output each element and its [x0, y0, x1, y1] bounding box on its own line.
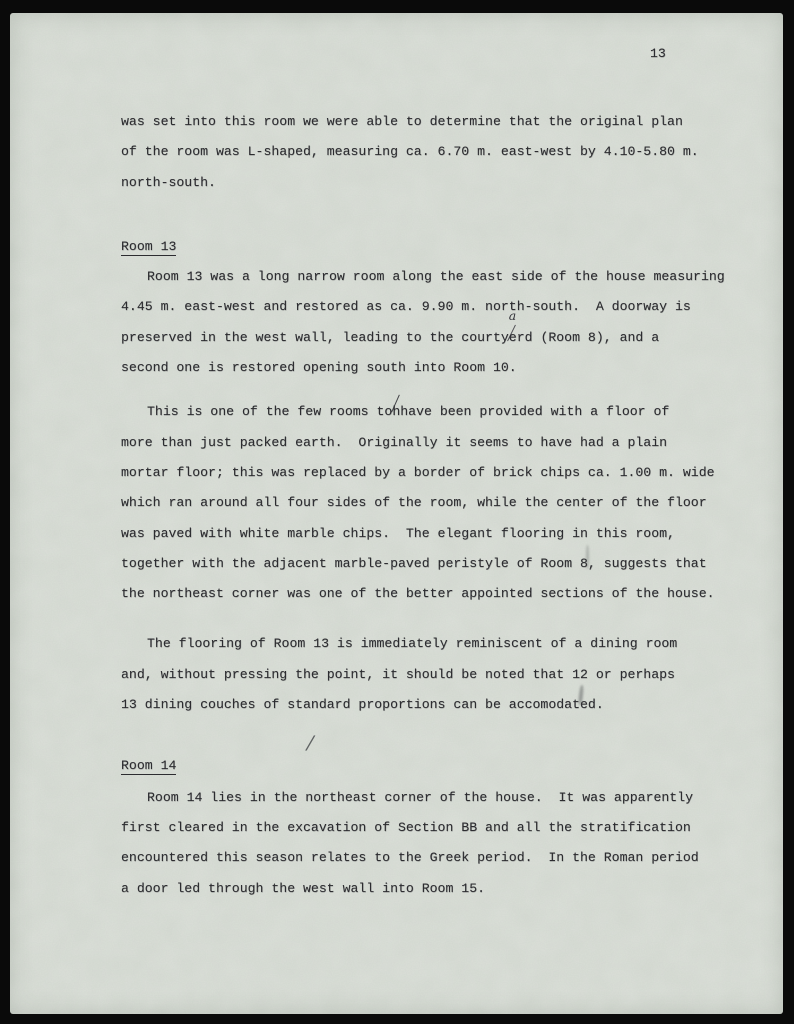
- handwritten-letter: a: [509, 310, 516, 322]
- text-line: Room 13 was a long narrow room along the…: [121, 262, 783, 292]
- text-line: encountered this season relates to the G…: [121, 843, 783, 873]
- paragraph-room-14-description: Room 14 lies in the northeast corner of …: [121, 783, 783, 904]
- text-line: second one is restored opening south int…: [121, 353, 783, 383]
- smudge-mark: [586, 545, 589, 569]
- text-line: which ran around all four sides of the r…: [121, 488, 783, 518]
- paragraph-room-13-dining: The flooring of Room 13 is immediately r…: [121, 629, 783, 720]
- stray-pen-mark: /: [306, 732, 314, 754]
- text-line: and, without pressing the point, it shou…: [121, 660, 783, 690]
- text-line: first cleared in the excavation of Secti…: [121, 813, 783, 843]
- text-line: more than just packed earth. Originally …: [121, 428, 783, 458]
- section-heading-room-14: Room 14: [121, 751, 783, 781]
- text-line: the northeast corner was one of the bett…: [121, 579, 783, 609]
- text-line: 4.45 m. east-west and restored as ca. 9.…: [121, 292, 783, 322]
- handwritten-correction: ae: [509, 323, 517, 353]
- heading-text: Room 13: [121, 239, 176, 256]
- text-line: a door led through the west wall into Ro…: [121, 874, 783, 904]
- text-segment: have been provided with a floor of: [400, 404, 669, 419]
- heading-text: Room 14: [121, 758, 176, 775]
- paragraph-continuation: was set into this room we were able to d…: [121, 107, 783, 198]
- struck-out-character: h: [392, 397, 400, 427]
- text-line: north-south.: [121, 168, 783, 198]
- text-line: 13 dining couches of standard proportion…: [121, 690, 783, 720]
- text-line: preserved in the west wall, leading to t…: [121, 323, 783, 353]
- text-line: together with the adjacent marble-paved …: [121, 549, 783, 579]
- text-line: of the room was L-shaped, measuring ca. …: [121, 137, 783, 167]
- text-line: This is one of the few rooms tohhave bee…: [121, 397, 783, 427]
- paragraph-room-13-description: Room 13 was a long narrow room along the…: [121, 262, 783, 383]
- paragraph-room-13-floor: This is one of the few rooms tohhave bee…: [121, 397, 783, 609]
- photo-frame: 13 was set into this room we were able t…: [0, 0, 794, 1024]
- text-line: The flooring of Room 13 is immediately r…: [121, 629, 783, 659]
- typo-character: e: [509, 330, 517, 345]
- text-line: was set into this room we were able to d…: [121, 107, 783, 137]
- text-line: Room 14 lies in the northeast corner of …: [121, 783, 783, 813]
- section-heading-room-13: Room 13: [121, 232, 783, 262]
- page-content: was set into this room we were able to d…: [10, 13, 783, 1014]
- text-line: was paved with white marble chips. The e…: [121, 519, 783, 549]
- text-segment: rd (Room 8), and a: [517, 330, 659, 345]
- document-page: 13 was set into this room we were able t…: [10, 13, 783, 1014]
- text-line: mortar floor; this was replaced by a bor…: [121, 458, 783, 488]
- text-segment: This is one of the few rooms to: [147, 404, 392, 419]
- text-segment: preserved in the west wall, leading to t…: [121, 330, 509, 345]
